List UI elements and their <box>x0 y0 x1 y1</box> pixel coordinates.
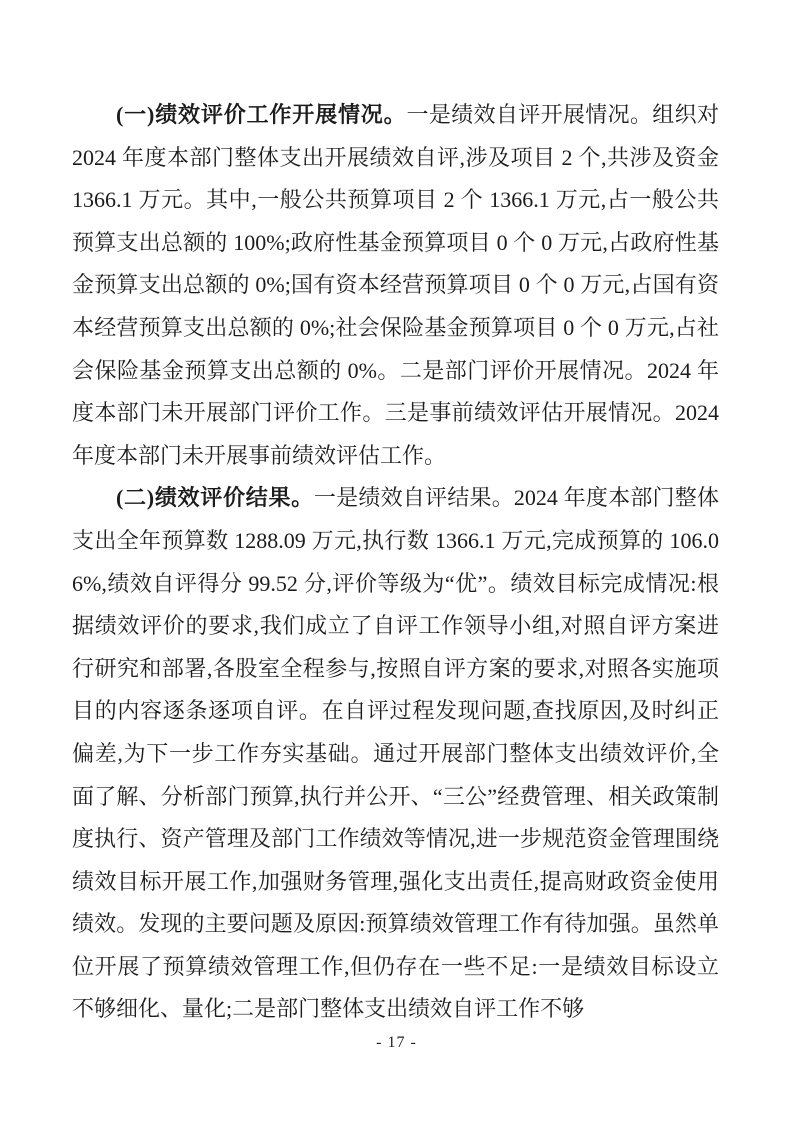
document-body: (一)绩效评价工作开展情况。一是绩效自评开展情况。组织对 2024 年度本部门整… <box>72 94 719 1031</box>
paragraph-evaluation-results: (二)绩效评价结果。一是绩效自评结果。2024 年度本部门整体支出全年预算数 1… <box>72 477 719 1031</box>
paragraph-1-lead-heading: (一)绩效评价工作开展情况。 <box>116 102 407 127</box>
paragraph-2-lead-heading: (二)绩效评价结果。 <box>116 485 314 510</box>
paragraph-2-text: 一是绩效自评结果。2024 年度本部门整体支出全年预算数 1288.09 万元,… <box>72 485 719 1021</box>
paragraph-1-text: 一是绩效自评开展情况。组织对 2024 年度本部门整体支出开展绩效自评,涉及项目… <box>72 102 719 468</box>
paragraph-evaluation-work-status: (一)绩效评价工作开展情况。一是绩效自评开展情况。组织对 2024 年度本部门整… <box>72 94 719 477</box>
document-page: (一)绩效评价工作开展情况。一是绩效自评开展情况。组织对 2024 年度本部门整… <box>0 0 793 1122</box>
page-number: - 17 - <box>0 1034 793 1052</box>
